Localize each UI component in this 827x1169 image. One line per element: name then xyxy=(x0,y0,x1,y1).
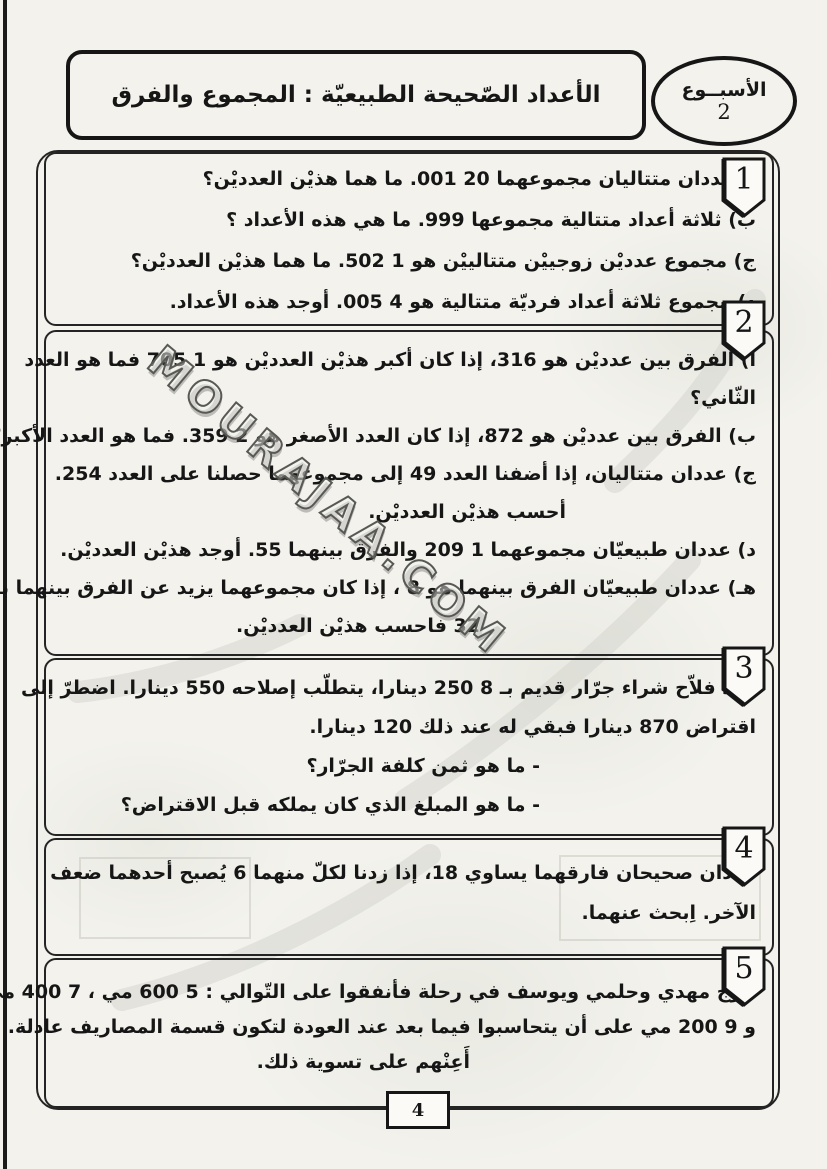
problem-3-box: أراد فلاّح شراء جرّار قديم بـ 8 250 دينا… xyxy=(44,658,774,836)
problem-text-line: د) عددان طبيعيّان مجموعهما 1 209 والفرق … xyxy=(56,531,756,569)
problem-text-line: عددان صحيحان فارقهما يساوي 18، إذا زدنا … xyxy=(56,853,756,893)
problem-5-number-badge: 5 xyxy=(720,945,768,1009)
problem-1-text: أ) عددان متتاليان مجموعهما 20 001. ما هم… xyxy=(46,154,772,323)
problem-3-number-badge: 3 xyxy=(720,645,768,709)
problem-text-line: - ما هو المبلغ الذي كان يملكه قبل الاقتر… xyxy=(56,786,540,825)
problem-text-line: أحسب هذيْن العدديْن. xyxy=(56,493,566,531)
problem-1-number: 1 xyxy=(734,162,753,197)
problem-text-line: د) مجموع ثلاثة أعداد فرديّة متتالية هو 4… xyxy=(56,282,756,323)
problem-text-line: خرج مهدي وحلمي ويوسف في رحلة فأنفقوا على… xyxy=(56,975,756,1010)
week-number: 2 xyxy=(717,102,730,123)
problem-text-line: و 9 200 مي على أن يتحاسبوا فيما بعد عند … xyxy=(56,1010,756,1045)
problem-2-box: أ) الفرق بين عدديْن هو 316، إذا كان أكبر… xyxy=(44,330,774,656)
problem-1-number-badge: 1 xyxy=(720,156,768,220)
problem-5-text: خرج مهدي وحلمي ويوسف في رحلة فأنفقوا على… xyxy=(46,960,772,1080)
problem-text-line: أَعِنْهم على تسوية ذلك. xyxy=(56,1045,470,1080)
problem-4-number-badge: 4 xyxy=(720,825,768,889)
problem-1-box: أ) عددان متتاليان مجموعهما 20 001. ما هم… xyxy=(44,152,774,326)
problem-4-number: 4 xyxy=(734,831,753,866)
week-badge: الأسبــوع 2 xyxy=(651,56,797,146)
problem-text-line: ج) مجموع عدديْن زوجييْن متتالييْن هو 1 5… xyxy=(56,241,756,282)
problem-5-number: 5 xyxy=(734,951,753,986)
problem-text-line: الثّاني؟ xyxy=(56,379,756,417)
problem-5-box: خرج مهدي وحلمي ويوسف في رحلة فأنفقوا على… xyxy=(44,958,774,1108)
problem-2-number: 2 xyxy=(734,305,753,340)
problem-3-number: 3 xyxy=(734,651,753,686)
problem-text-line: أ) الفرق بين عدديْن هو 316، إذا كان أكبر… xyxy=(56,341,756,379)
problem-text-line: ج) عددان متتاليان، إذا أضفنا العدد 49 إل… xyxy=(56,455,756,493)
problem-text-line: هـ) عددان طبيعيّان الفرق بينهما هو 8 ، إ… xyxy=(56,569,756,607)
page-number: 4 xyxy=(386,1091,450,1129)
problem-text-line: ب) الفرق بين عدديْن هو 872، إذا كان العد… xyxy=(56,417,756,455)
problem-text-line: ب) ثلاثة أعداد متتالية مجموعها 999. ما ه… xyxy=(56,200,756,241)
problem-4-text: عددان صحيحان فارقهما يساوي 18، إذا زدنا … xyxy=(46,840,772,933)
problem-4-box: عددان صحيحان فارقهما يساوي 18، إذا زدنا … xyxy=(44,838,774,956)
lesson-title: الأعداد الصّحيحة الطبيعيّة : المجموع وال… xyxy=(111,82,600,108)
problem-text-line: أ) عددان متتاليان مجموعهما 20 001. ما هم… xyxy=(56,159,756,200)
worksheet-page: الأعداد الصّحيحة الطبيعيّة : المجموع وال… xyxy=(0,0,827,1169)
problem-text-line: أراد فلاّح شراء جرّار قديم بـ 8 250 دينا… xyxy=(56,669,756,708)
problem-text-line: 32 فاحسب هذيْن العدديْن. xyxy=(56,607,480,645)
problem-2-number-badge: 2 xyxy=(720,299,768,363)
problem-text-line: - ما هو ثمن كلفة الجرّار؟ xyxy=(56,747,540,786)
week-label: الأسبــوع xyxy=(682,79,767,103)
problem-text-line: الآخر. اِبحث عنهما. xyxy=(56,893,756,933)
problem-2-text: أ) الفرق بين عدديْن هو 316، إذا كان أكبر… xyxy=(46,332,772,645)
problem-3-text: أراد فلاّح شراء جرّار قديم بـ 8 250 دينا… xyxy=(46,660,772,825)
problem-text-line: اقتراض 870 دينارا فبقي له عند ذلك 120 دي… xyxy=(56,708,756,747)
lesson-title-box: الأعداد الصّحيحة الطبيعيّة : المجموع وال… xyxy=(66,50,646,140)
